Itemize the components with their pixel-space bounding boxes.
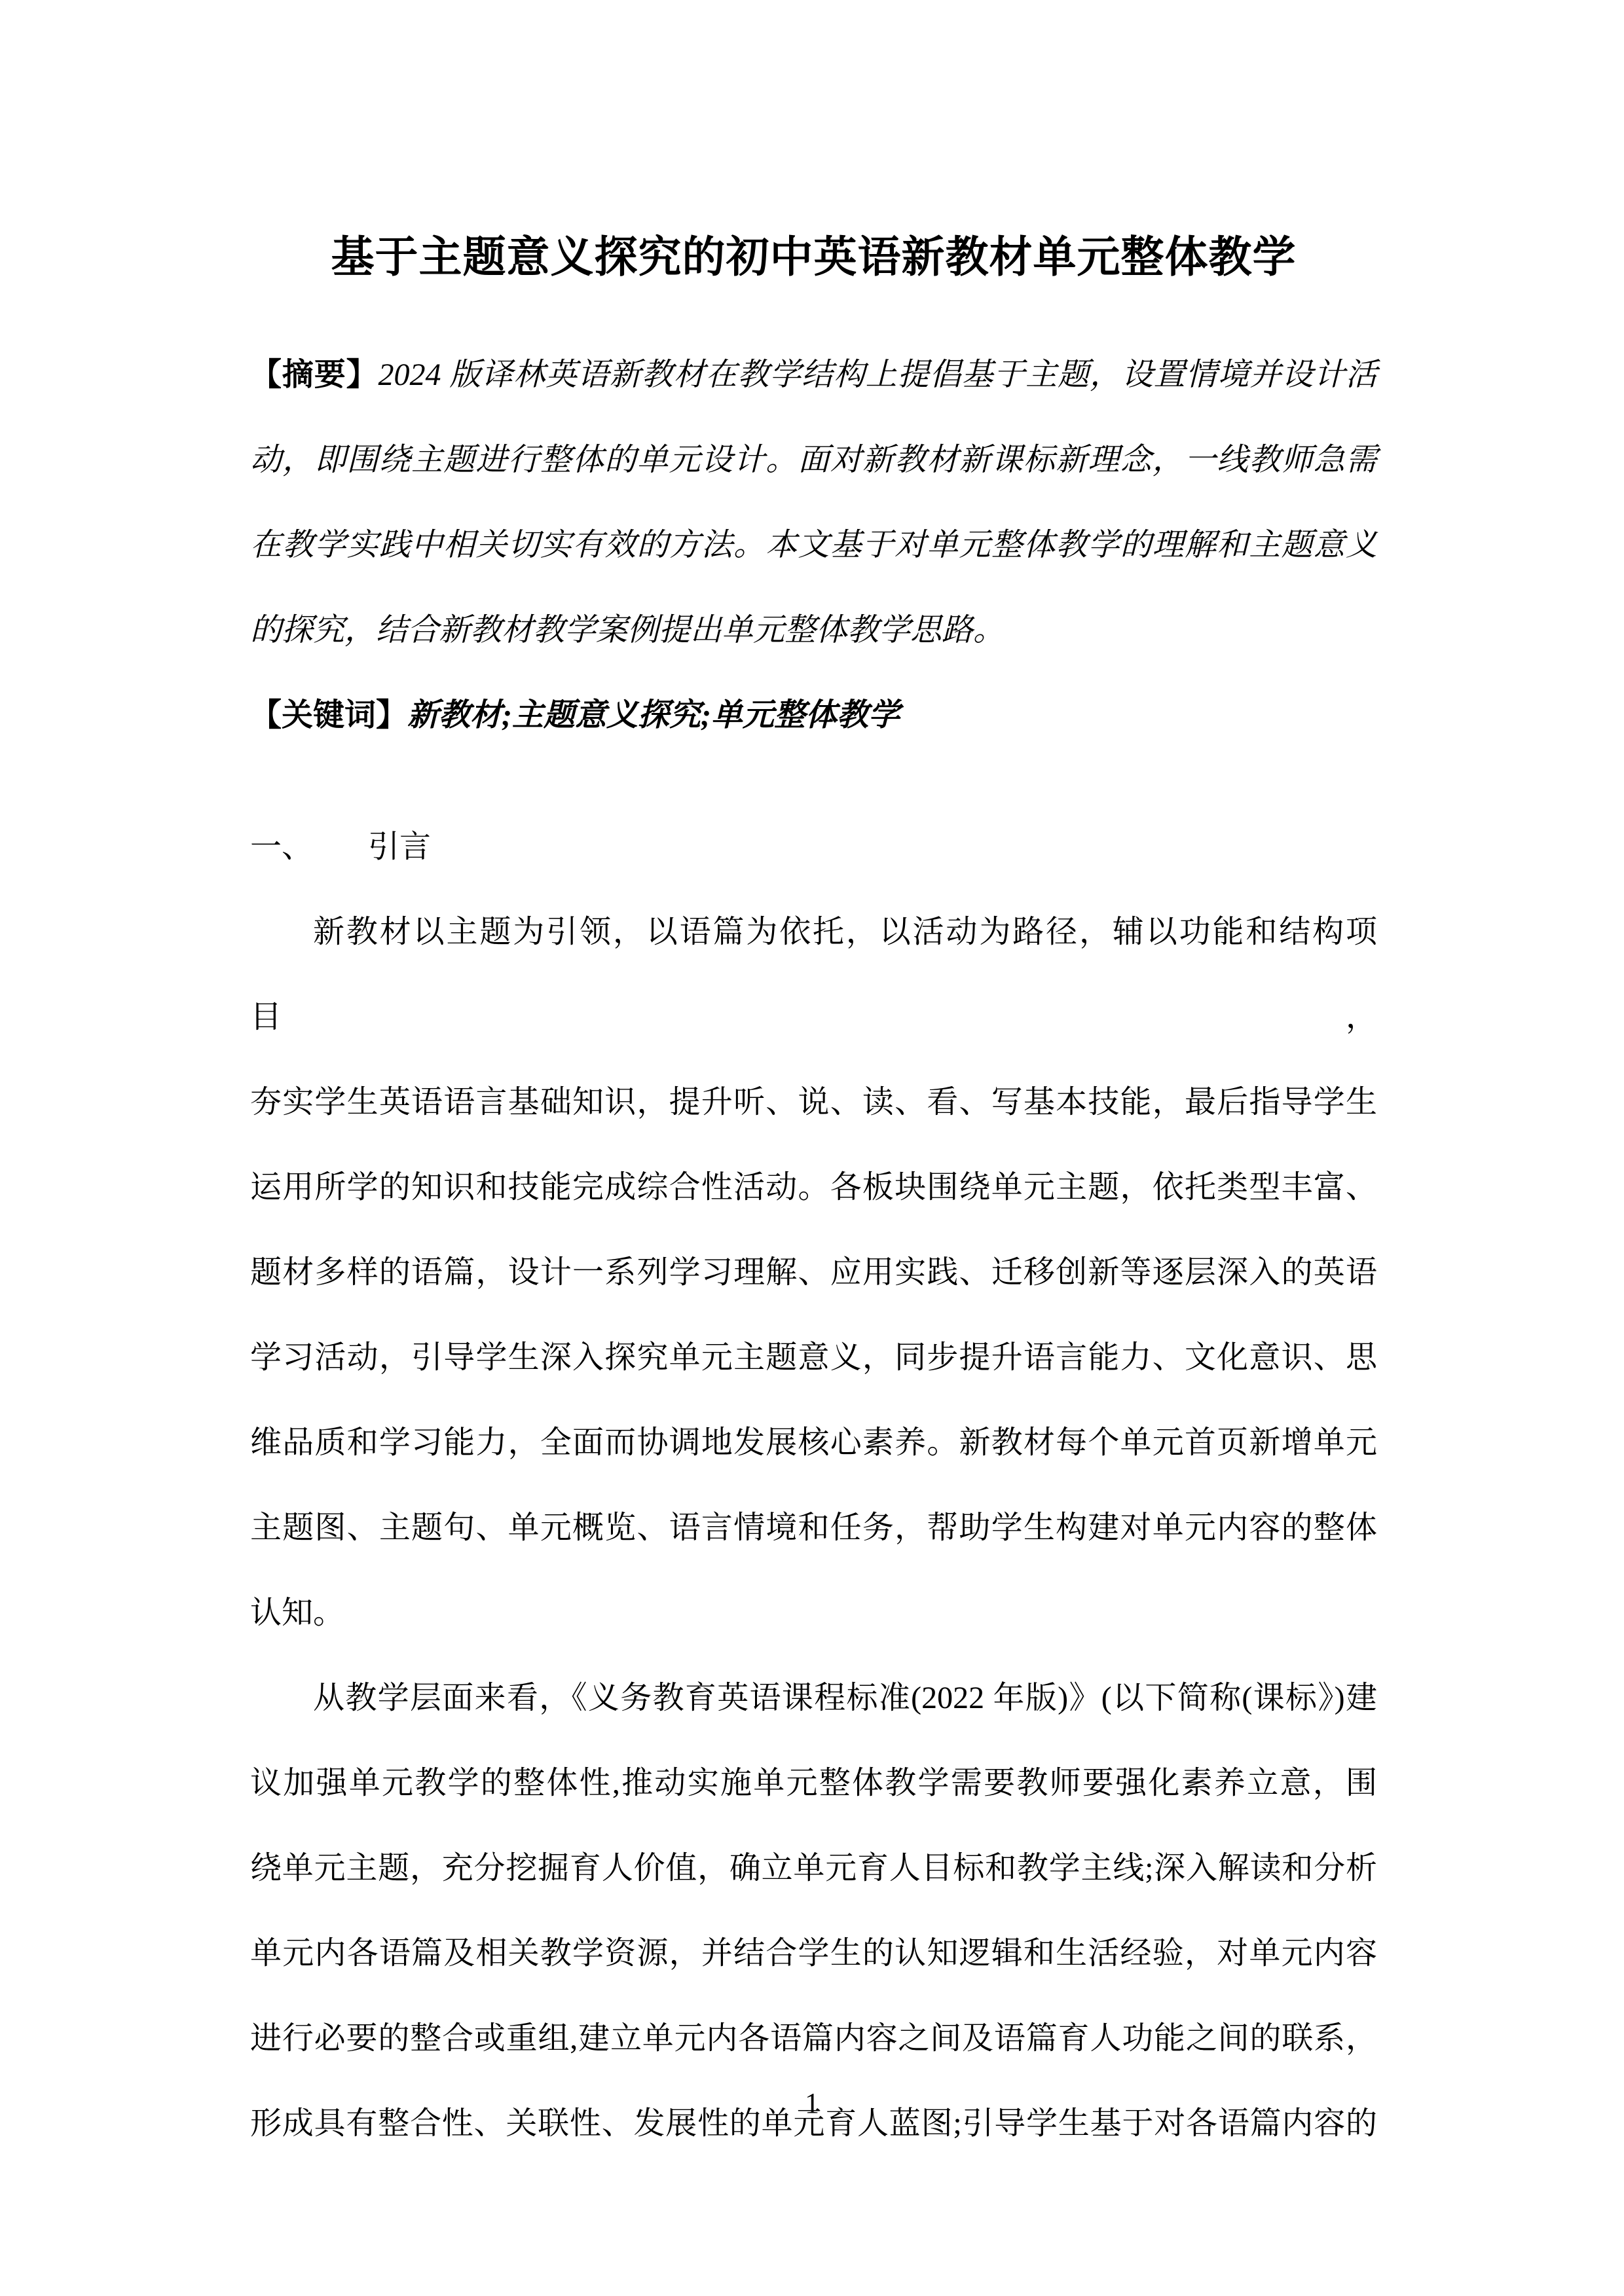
text-line: 进行必要的整合或重组,建立单元内各语篇内容之间及语篇育人功能之间的联系，	[250, 1996, 1377, 2081]
document-page: 基于主题意义探究的初中英语新教材单元整体教学 【摘要】2024 版译林英语新教材…	[0, 0, 1624, 2296]
text-segment: 【摘要】	[250, 357, 378, 392]
text-segment: 在教学实践中相关切实有效的方法。本文基于对单元整体教学的理解和主题意义	[250, 528, 1377, 562]
text-line: 从教学层面来看，《义务教育英语课程标准(2022 年版)》(以下简称(课标》)建	[250, 1656, 1377, 1741]
text-segment: 题材多样的语篇，设计一系列学习理解、应用实践、迁移创新等逐层深入的英语	[250, 1255, 1377, 1290]
text-segment: 新教材以主题为引领，以语篇为依托，以活动为路径，辅以功能和结构项目，	[250, 915, 1377, 1034]
text-segment: 新教材;主题意义探究;单元整体教学	[407, 698, 900, 733]
text-segment: 运用所学的知识和技能完成综合性活动。各板块围绕单元主题，依托类型丰富、	[250, 1170, 1377, 1205]
text-segment: 绕单元主题，充分挖掘育人价值，确立单元育人目标和教学主线;深入解读和分析	[250, 1851, 1377, 1886]
text-line: 议加强单元教学的整体性,推动实施单元整体教学需要教师要强化素养立意，围	[250, 1741, 1377, 1826]
text-line: 维品质和学习能力，全面而协调地发展核心素养。新教材每个单元首页新增单元	[250, 1400, 1377, 1485]
text-segment: 的探究，结合新教材教学案例提出单元整体教学思路。	[250, 613, 1005, 647]
text-segment: 单元内各语篇及相关教学资源，并结合学生的认知逻辑和生活经验，对单元内容	[250, 1936, 1377, 1971]
text-segment: 维品质和学习能力，全面而协调地发展核心素养。新教材每个单元首页新增单元	[250, 1425, 1377, 1460]
text-line: 单元内各语篇及相关教学资源，并结合学生的认知逻辑和生活经验，对单元内容	[250, 1911, 1377, 1996]
text-segment: 从教学层面来看，《义务教育英语课程标准(2022 年版)》(以下简称(课标》)建	[313, 1681, 1377, 1715]
intro-paragraph-1: 新教材以主题为引领，以语篇为依托，以活动为路径，辅以功能和结构项目，夯实学生英语…	[250, 890, 1377, 1656]
text-line: 夯实学生英语语言基础知识，提升听、说、读、看、写基本技能，最后指导学生	[250, 1060, 1377, 1145]
text-line: 题材多样的语篇，设计一系列学习理解、应用实践、迁移创新等逐层深入的英语	[250, 1230, 1377, 1315]
section-title: 引言	[368, 829, 431, 864]
text-segment: 进行必要的整合或重组,建立单元内各语篇内容之间及语篇育人功能之间的联系，	[250, 2021, 1377, 2056]
text-line: 学习活动，引导学生深入探究单元主题意义，同步提升语言能力、文化意识、思	[250, 1315, 1377, 1400]
text-segment: 主题图、主题句、单元概览、语言情境和任务，帮助学生构建对单元内容的整体	[250, 1510, 1377, 1545]
text-segment: 2024 版译林英语新教材在教学结构上提倡基于主题，设置情境并设计活	[378, 357, 1377, 392]
text-segment: 夯实学生英语语言基础知识，提升听、说、读、看、写基本技能，最后指导学生	[250, 1085, 1377, 1120]
text-line: 动，即围绕主题进行整体的单元设计。面对新教材新课标新理念，一线教师急需	[250, 418, 1377, 503]
text-line: 运用所学的知识和技能完成综合性活动。各板块围绕单元主题，依托类型丰富、	[250, 1145, 1377, 1230]
text-line: 【摘要】2024 版译林英语新教材在教学结构上提倡基于主题，设置情境并设计活	[250, 333, 1377, 418]
text-line: 【关键词】新教材;主题意义探究;单元整体教学	[250, 673, 1377, 758]
text-segment: 学习活动，引导学生深入探究单元主题意义，同步提升语言能力、文化意识、思	[250, 1340, 1377, 1375]
text-line: 在教学实践中相关切实有效的方法。本文基于对单元整体教学的理解和主题意义	[250, 503, 1377, 588]
text-segment: 【关键词】	[250, 698, 407, 733]
text-segment: 认知。	[250, 1595, 344, 1630]
text-line: 新教材以主题为引领，以语篇为依托，以活动为路径，辅以功能和结构项目，	[250, 890, 1377, 1060]
text-line: 的探究，结合新教材教学案例提出单元整体教学思路。	[250, 588, 1377, 673]
page-number: 1	[0, 2085, 1624, 2122]
section-number: 一、	[250, 829, 313, 864]
text-segment: 议加强单元教学的整体性,推动实施单元整体教学需要教师要强化素养立意，围	[250, 1766, 1377, 1800]
text-line: 主题图、主题句、单元概览、语言情境和任务，帮助学生构建对单元内容的整体	[250, 1485, 1377, 1571]
text-line: 认知。	[250, 1571, 1377, 1656]
keywords-line: 【关键词】新教材;主题意义探究;单元整体教学	[250, 673, 1377, 758]
paper-title: 基于主题意义探究的初中英语新教材单元整体教学	[250, 223, 1377, 291]
abstract-paragraph: 【摘要】2024 版译林英语新教材在教学结构上提倡基于主题，设置情境并设计活动，…	[250, 333, 1377, 673]
section-heading: 一、引言	[250, 805, 1377, 890]
text-line: 绕单元主题，充分挖掘育人价值，确立单元育人目标和教学主线;深入解读和分析	[250, 1826, 1377, 1911]
section-heading-line: 一、引言	[250, 805, 1377, 890]
text-segment: 动，即围绕主题进行整体的单元设计。面对新教材新课标新理念，一线教师急需	[250, 443, 1377, 477]
